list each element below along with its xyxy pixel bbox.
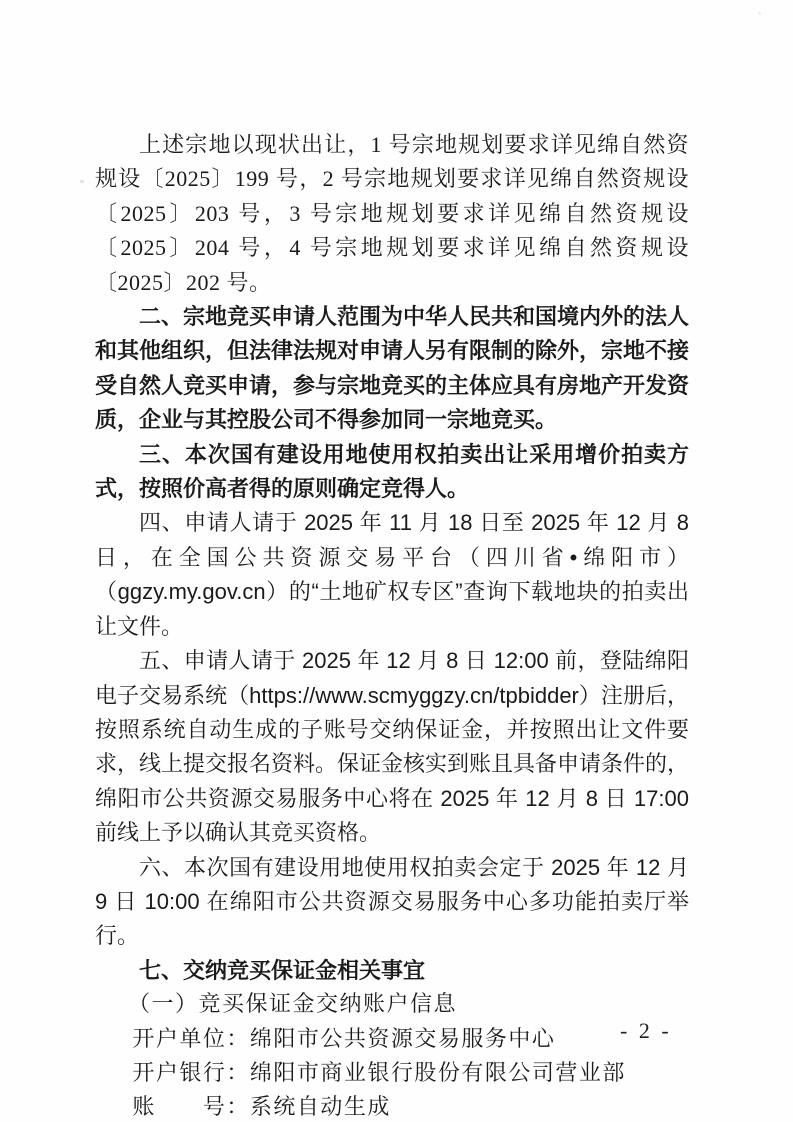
document-page: 上述宗地以现状出让，1 号宗地规划要求详见绵自然资规设〔2025〕199 号，2… xyxy=(0,0,793,1122)
document-body: 上述宗地以现状出让，1 号宗地规划要求详见绵自然资规设〔2025〕199 号，2… xyxy=(95,128,689,1122)
clause-5-registration-deposit: 五、申请人请于 2025 年 12 月 8 日 12:00 前，登陆绵阳电子交易… xyxy=(95,644,689,850)
clause-3-auction-method: 三、本次国有建设用地使用权拍卖出让采用增价拍卖方式，按照价高者得的原则确定竞得人… xyxy=(95,438,689,507)
subsection-1-deposit-account-heading: （一）竞买保证金交纳账户信息 xyxy=(95,988,689,1022)
account-holder-line: 开户单位：绵阳市公共资源交易服务中心 xyxy=(95,1023,689,1057)
clause-2-bidder-eligibility: 二、宗地竞买申请人范围为中华人民共和国境内外的法人和其他组织，但法律法规对申请人… xyxy=(95,300,689,438)
paragraph-planning-requirements: 上述宗地以现状出让，1 号宗地规划要求详见绵自然资规设〔2025〕199 号，2… xyxy=(95,128,689,300)
page-number: - 2 - xyxy=(620,1018,672,1044)
account-number-line: 账 号：系统自动生成 xyxy=(95,1091,689,1122)
clause-7-deposit-matters-heading: 七、交纳竞买保证金相关事宜 xyxy=(95,954,689,988)
bank-name-line: 开户银行：绵阳市商业银行股份有限公司营业部 xyxy=(95,1057,689,1091)
clause-4-document-download: 四、申请人请于 2025 年 11 月 18 日至 2025 年 12 月 8 … xyxy=(95,506,689,644)
scan-noise-speck xyxy=(80,180,84,183)
scan-noise-speck xyxy=(758,12,761,15)
clause-6-auction-time-venue: 六、本次国有建设用地使用权拍卖会定于 2025 年 12 月 9 日 10:00… xyxy=(95,851,689,954)
